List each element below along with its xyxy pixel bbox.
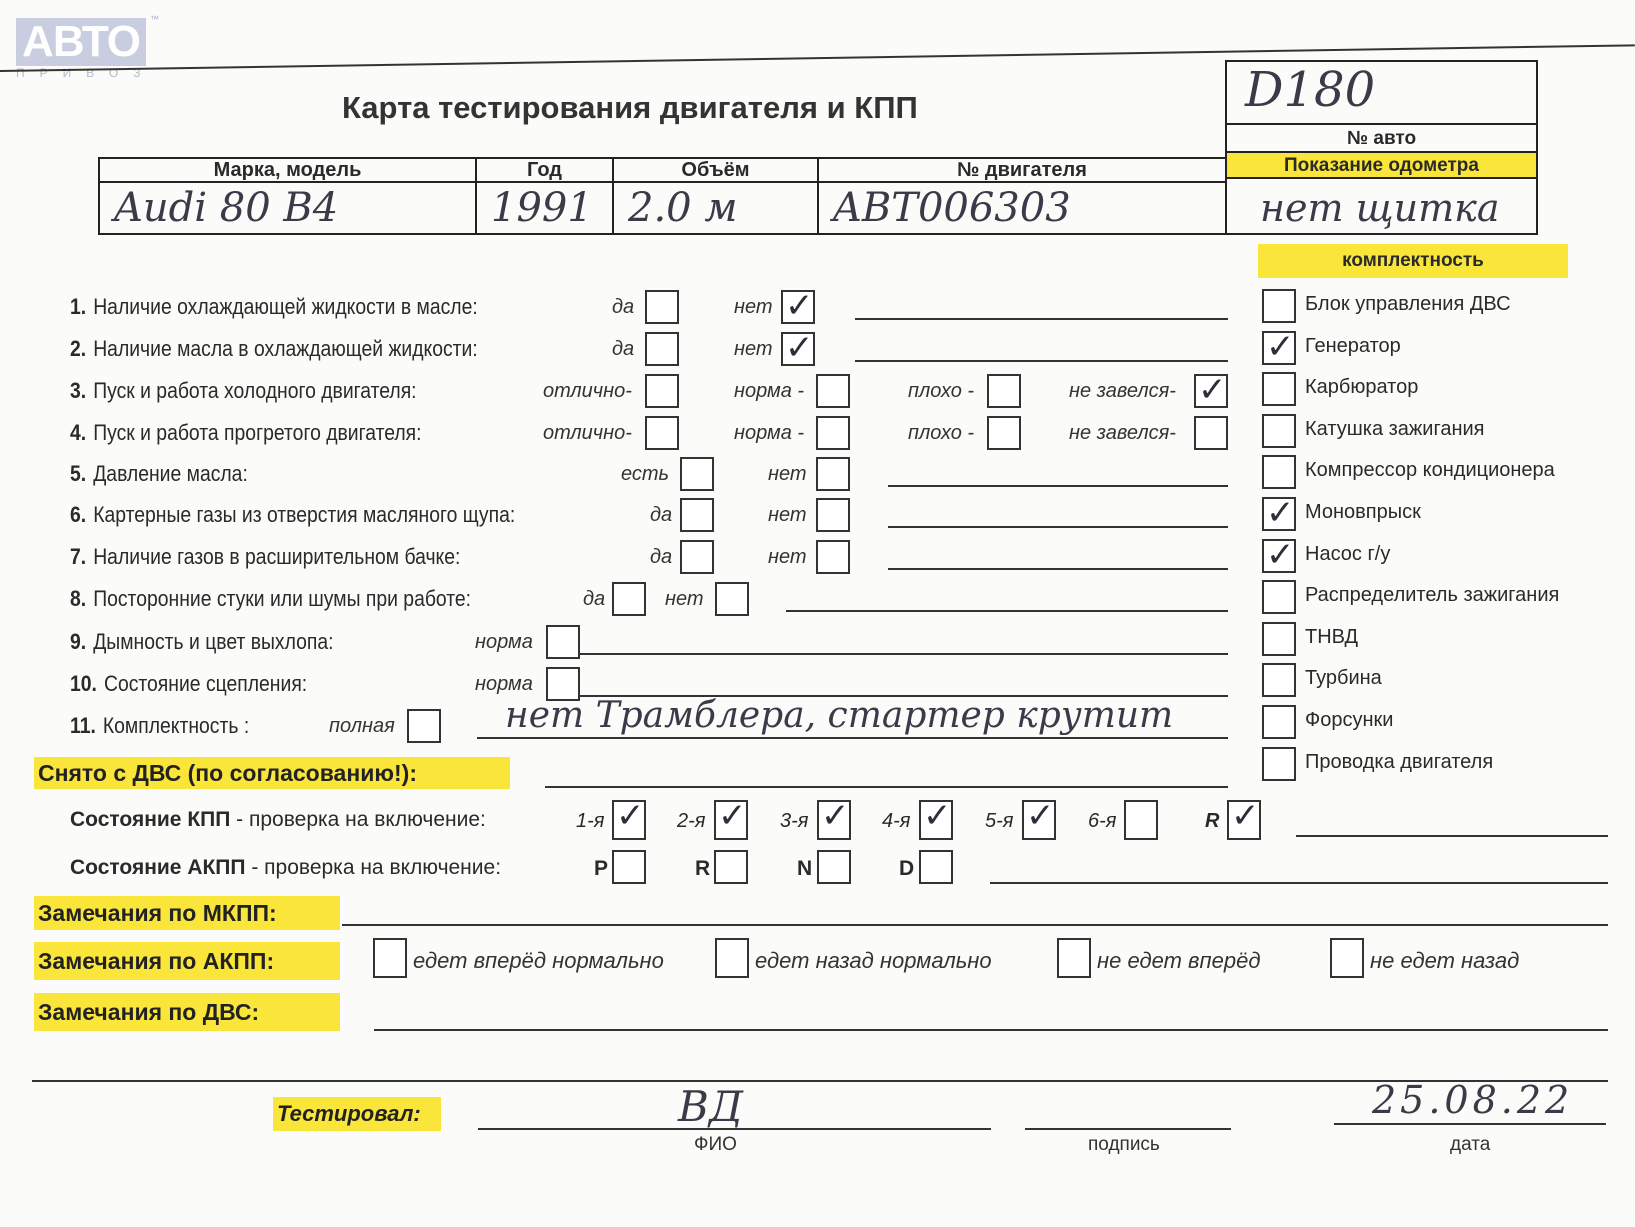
question-3-checkbox-2[interactable] (816, 374, 850, 408)
kpp-label-rest: - проверка на включение: (230, 808, 486, 831)
engine-number-value[interactable]: ABT006303 (819, 183, 1225, 233)
question-1-label: 1.Наличие охлаждающей жидкости в масле: (70, 294, 478, 320)
gear-label: 5-я (985, 810, 1013, 833)
odometer-value[interactable]: нет щитка (1260, 186, 1500, 230)
question-7-checkbox-2[interactable] (816, 540, 850, 574)
question-2-notes-line[interactable] (855, 360, 1228, 362)
akpp-position-checkbox-3[interactable] (817, 850, 851, 884)
question-8-checkbox-1[interactable] (612, 582, 646, 616)
komplektnost-item-label: Распределитель зажигания (1305, 584, 1559, 607)
akpp-remark-label: не едет назад (1370, 948, 1519, 974)
question-text: Наличие газов в расширительном бачке: (93, 544, 460, 569)
signature-line[interactable] (1025, 1128, 1231, 1130)
akpp-label-rest: - проверка на включение: (246, 856, 502, 879)
question-5-checkbox-1[interactable] (680, 457, 714, 491)
akpp-label: Состояние АКПП - проверка на включение: (70, 856, 501, 880)
question-text: Пуск и работа холодного двигателя: (93, 378, 416, 403)
question-5-checkbox-2[interactable] (816, 457, 850, 491)
gear-label: 2-я (677, 810, 705, 833)
question-8-label: 8.Посторонние стуки или шумы при работе: (70, 586, 471, 612)
question-number: 1. (70, 294, 86, 319)
option-label: полная (329, 715, 395, 738)
gear-checkbox-4[interactable] (919, 800, 953, 840)
dvs-remarks-label: Замечания по ДВС: (34, 993, 340, 1031)
akpp-position-checkbox-4[interactable] (919, 850, 953, 884)
option-label: не завелся- (1069, 422, 1176, 445)
question-number: 4. (70, 420, 86, 445)
question-6-notes-line[interactable] (888, 526, 1228, 528)
option-label: норма (475, 631, 533, 654)
akpp-remark-label: не едет вперёд (1097, 948, 1261, 974)
option-label: норма - (734, 380, 804, 403)
question-4-checkbox-2[interactable] (816, 416, 850, 450)
question-3-checkbox-1[interactable] (645, 374, 679, 408)
option-label: да (612, 338, 634, 361)
question-text: Состояние сцепления: (104, 671, 307, 696)
mkpp-remarks-line[interactable] (342, 924, 1608, 926)
akpp-position-label: P (594, 857, 608, 881)
question-9-checkbox-1[interactable] (546, 625, 580, 659)
option-label: нет (768, 463, 807, 486)
question-11-checkbox-1[interactable] (407, 709, 441, 743)
komplektnost-checkbox-5[interactable] (1262, 455, 1296, 489)
option-label: да (650, 504, 672, 527)
komplektnost-checkbox-7[interactable] (1262, 539, 1296, 573)
question-9-notes-line[interactable] (580, 653, 1228, 655)
question-11-label: 11.Комплектность : (70, 713, 249, 739)
fio-line[interactable] (478, 1128, 991, 1130)
removed-from-engine-line[interactable] (545, 786, 1228, 788)
header-engine-number: № двигателя (819, 159, 1225, 183)
akpp-position-checkbox-2[interactable] (714, 850, 748, 884)
dvs-remarks-line[interactable] (374, 1029, 1608, 1031)
komplektnost-checkbox-2[interactable] (1262, 331, 1296, 365)
gear-checkbox-2[interactable] (714, 800, 748, 840)
question-6-checkbox-1[interactable] (680, 498, 714, 532)
question-number: 3. (70, 378, 86, 403)
removed-from-engine-label: Снято с ДВС (по согласованию!): (34, 757, 510, 789)
question-4-checkbox-3[interactable] (987, 416, 1021, 450)
header-make-model: Марка, модель (100, 159, 477, 183)
komplektnost-item-label: Карбюратор (1305, 376, 1418, 399)
header-year: Год (477, 159, 614, 183)
akpp-remark-checkbox-2[interactable] (715, 938, 749, 978)
question-number: 5. (70, 461, 86, 486)
question-text: Наличие масла в охлаждающей жидкости: (93, 336, 478, 361)
gear-checkbox-7[interactable] (1227, 800, 1261, 840)
option-label: отлично- (543, 422, 632, 445)
gear-checkbox-3[interactable] (817, 800, 851, 840)
gear-label: R (1205, 810, 1219, 833)
question-7-label: 7.Наличие газов в расширительном бачке: (70, 544, 460, 570)
gear-checkbox-5[interactable] (1022, 800, 1056, 840)
logo-trademark: ™ (150, 14, 159, 24)
komplektnost-item-label: Генератор (1305, 335, 1401, 358)
gear-label: 3-я (780, 810, 808, 833)
question-6-checkbox-2[interactable] (816, 498, 850, 532)
question-text: Пуск и работа прогретого двигателя: (93, 420, 421, 445)
komplektnost-item-label: ТНВД (1305, 626, 1358, 649)
question-text: Посторонние стуки или шумы при работе: (93, 586, 471, 611)
komplektnost-note[interactable]: нет Трамблера, стартер крутит (505, 695, 1173, 736)
komplektnost-checkbox-9[interactable] (1262, 622, 1296, 656)
question-4-checkbox-4[interactable] (1194, 416, 1228, 450)
komplektnost-checkbox-12[interactable] (1262, 747, 1296, 781)
akpp-remark-checkbox-1[interactable] (373, 938, 407, 978)
komplektnost-checkbox-3[interactable] (1262, 372, 1296, 406)
question-2-checkbox-2[interactable] (781, 332, 815, 366)
tester-fio-value[interactable]: ВД (678, 1082, 743, 1131)
question-3-checkbox-4[interactable] (1194, 374, 1228, 408)
kpp-label: Состояние КПП - проверка на включение: (70, 808, 486, 832)
question-text: Картерные газы из отверстия масляного щу… (93, 502, 515, 527)
question-5-notes-line[interactable] (888, 485, 1228, 487)
question-4-checkbox-1[interactable] (645, 416, 679, 450)
kpp-notes-line[interactable] (1296, 835, 1608, 837)
date-value[interactable]: 25.08.22 (1372, 1078, 1573, 1122)
header-volume: Объём (614, 159, 819, 183)
gear-checkbox-6[interactable] (1124, 800, 1158, 840)
option-label: да (612, 296, 634, 319)
komplektnost-checkbox-10[interactable] (1262, 663, 1296, 697)
akpp-notes-line[interactable] (990, 882, 1608, 884)
question-text: Комплектность : (103, 713, 249, 738)
gear-label: 1-я (576, 810, 604, 833)
komplektnost-checkbox-8[interactable] (1262, 580, 1296, 614)
option-label: нет (734, 338, 773, 361)
akpp-position-label: R (695, 857, 710, 881)
mkpp-remarks-label: Замечания по МКПП: (34, 896, 340, 930)
option-label: нет (768, 504, 807, 527)
komplektnost-item-label: Катушка зажигания (1305, 418, 1485, 441)
question-number: 8. (70, 586, 86, 611)
option-label: отлично- (543, 380, 632, 403)
page-title: Карта тестирования двигателя и КПП (342, 90, 918, 126)
komplektnost-checkbox-4[interactable] (1262, 414, 1296, 448)
question-number: 9. (70, 629, 86, 654)
akpp-remark-label: едет назад нормально (755, 948, 992, 974)
auto-number-value[interactable]: D180 (1245, 62, 1375, 118)
option-label: не завелся- (1069, 380, 1176, 403)
komplektnost-item-label: Блок управления ДВС (1305, 293, 1511, 316)
question-1-checkbox-2[interactable] (781, 290, 815, 324)
question-1-checkbox-1[interactable] (645, 290, 679, 324)
vehicle-info-table: Марка, модель Год Объём № двигателя Audi… (98, 157, 1227, 235)
question-3-label: 3.Пуск и работа холодного двигателя: (70, 378, 417, 404)
kpp-label-bold: Состояние КПП (70, 808, 230, 831)
make-model-value[interactable]: Audi 80 B4 (100, 183, 477, 233)
komplektnost-item-label: Форсунки (1305, 709, 1393, 732)
komplektnost-item-label: Турбина (1305, 667, 1382, 690)
akpp-label-bold: Состояние АКПП (70, 856, 246, 879)
akpp-remark-checkbox-4[interactable] (1330, 938, 1364, 978)
akpp-remarks-label: Замечания по АКПП: (34, 942, 340, 980)
komplektnost-item-label: Моновпрыск (1305, 501, 1421, 524)
option-label: да (583, 588, 605, 611)
question-9-label: 9.Дымность и цвет выхлопа: (70, 629, 334, 655)
option-label: нет (768, 546, 807, 569)
gear-label: 4-я (882, 810, 910, 833)
question-10-label: 10.Состояние сцепления: (70, 671, 307, 697)
question-4-label: 4.Пуск и работа прогретого двигателя: (70, 420, 422, 446)
option-label: нет (665, 588, 704, 611)
option-label: норма - (734, 422, 804, 445)
question-text: Дымность и цвет выхлопа: (93, 629, 333, 654)
komplektnost-checkbox-1[interactable] (1262, 289, 1296, 323)
question-7-checkbox-1[interactable] (680, 540, 714, 574)
question-number: 6. (70, 502, 86, 527)
odometer-label: Показание одометра (1227, 153, 1536, 179)
date-line[interactable] (1334, 1123, 1606, 1125)
volume-value[interactable]: 2.0 м (614, 183, 819, 233)
question-number: 2. (70, 336, 86, 361)
signature-caption: подпись (1088, 1134, 1160, 1156)
question-number: 11. (70, 713, 96, 738)
question-11-notes-line[interactable] (477, 737, 1228, 739)
question-8-checkbox-2[interactable] (715, 582, 749, 616)
option-label: норма (475, 673, 533, 696)
komplektnost-checkbox-6[interactable] (1262, 497, 1296, 531)
year-value[interactable]: 1991 (477, 183, 614, 233)
question-7-notes-line[interactable] (888, 568, 1228, 570)
fio-caption: ФИО (694, 1134, 737, 1156)
tested-by-label: Тестировал: (273, 1097, 441, 1131)
akpp-position-label: D (899, 857, 914, 881)
akpp-position-checkbox-1[interactable] (612, 850, 646, 884)
komplektnost-item-label: Проводка двигателя (1305, 751, 1493, 774)
question-8-notes-line[interactable] (786, 610, 1228, 612)
question-text: Давление масла: (93, 461, 248, 486)
komplektnost-item-label: Компрессор кондиционера (1305, 459, 1555, 482)
option-label: плохо - (908, 422, 974, 445)
date-caption: дата (1450, 1134, 1490, 1156)
question-2-checkbox-1[interactable] (645, 332, 679, 366)
gear-label: 6-я (1088, 810, 1116, 833)
option-label: нет (734, 296, 773, 319)
question-number: 10. (70, 671, 97, 696)
option-label: плохо - (908, 380, 974, 403)
question-text: Наличие охлаждающей жидкости в масле: (93, 294, 478, 319)
akpp-remark-checkbox-3[interactable] (1057, 938, 1091, 978)
akpp-position-label: N (797, 857, 812, 881)
auto-number-label: № авто (1225, 123, 1538, 153)
komplektnost-item-label: Насос г/у (1305, 543, 1390, 566)
question-6-label: 6.Картерные газы из отверстия масляного … (70, 502, 515, 528)
question-5-label: 5.Давление масла: (70, 461, 248, 487)
option-label: да (650, 546, 672, 569)
akpp-remark-label: едет вперёд нормально (413, 948, 664, 974)
komplektnost-checkbox-11[interactable] (1262, 705, 1296, 739)
gear-checkbox-1[interactable] (612, 800, 646, 840)
question-3-checkbox-3[interactable] (987, 374, 1021, 408)
komplektnost-header: комплектность (1258, 244, 1568, 278)
question-number: 7. (70, 544, 86, 569)
question-2-label: 2.Наличие масла в охлаждающей жидкости: (70, 336, 478, 362)
avtoprivoz-logo: АВТО (16, 18, 146, 66)
option-label: есть (621, 463, 669, 486)
question-1-notes-line[interactable] (855, 318, 1228, 320)
